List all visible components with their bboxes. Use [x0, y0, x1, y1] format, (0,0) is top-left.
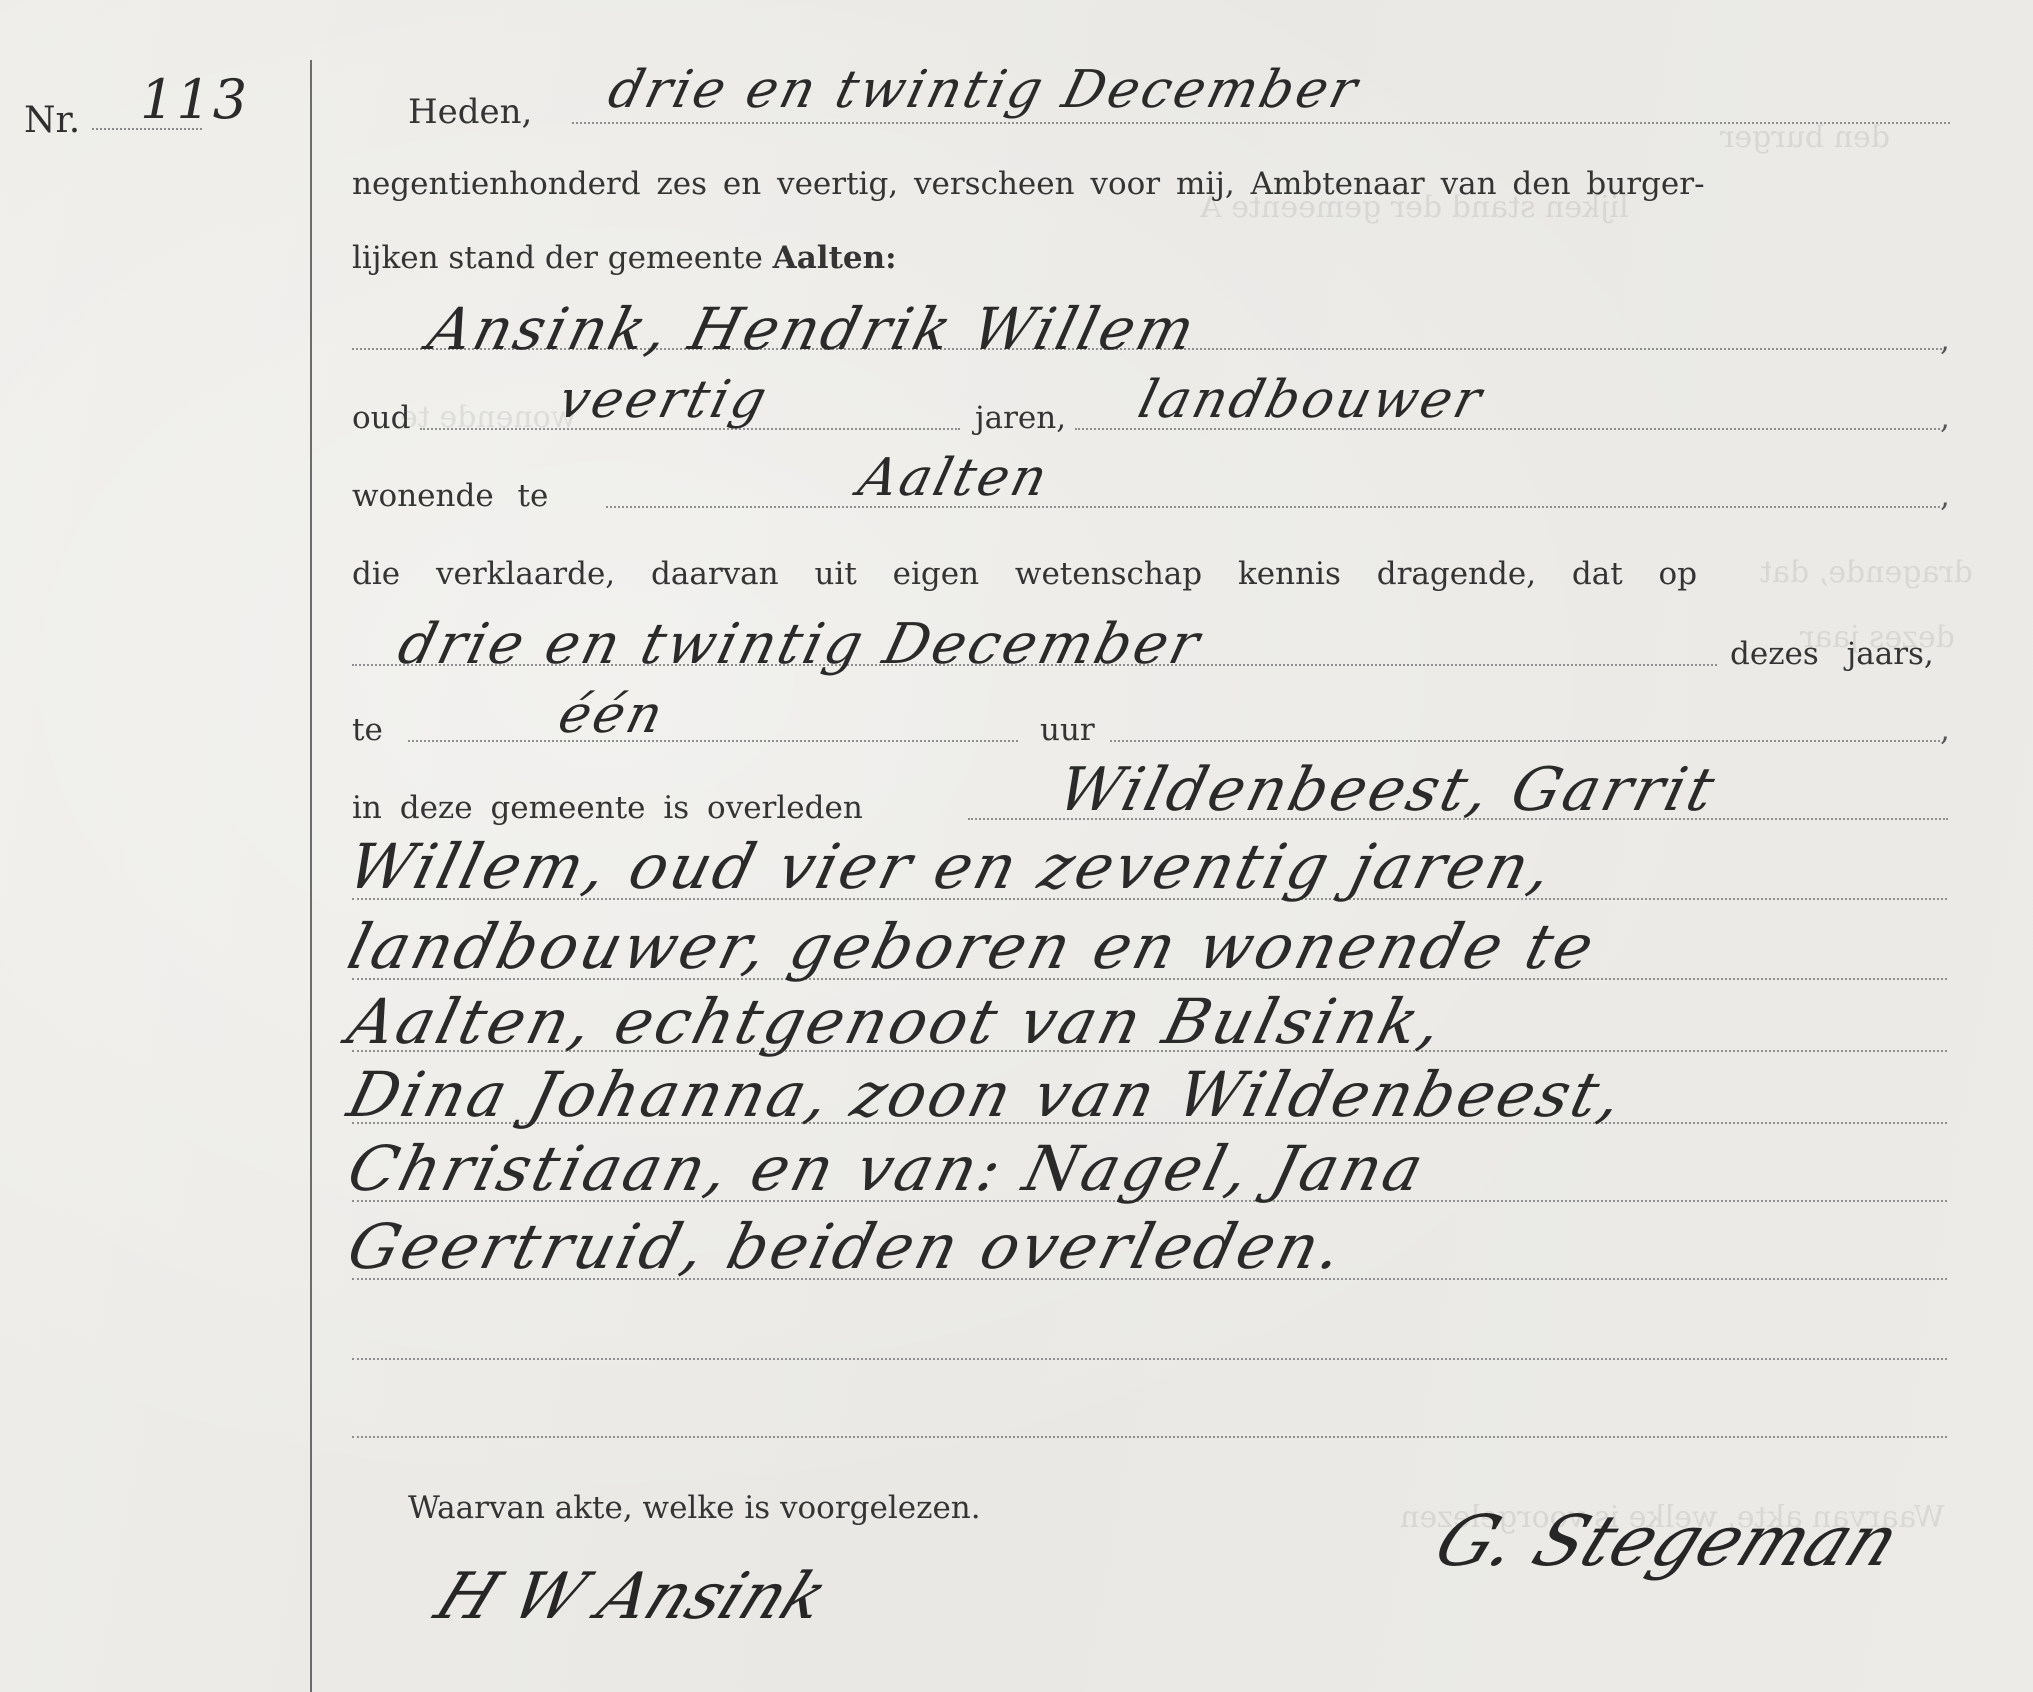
bleed-through-text: den burger	[1720, 120, 1890, 155]
printed-line-2: negentienhonderd zes en veertig, versche…	[352, 166, 1705, 202]
printed-line-3: lijken stand der gemeente Aalten:	[352, 240, 897, 276]
handwritten-declarant-name: Ansink, Hendrik Willem	[422, 295, 1205, 363]
handwritten-death-hour: één	[553, 685, 672, 745]
dotted-rule	[606, 506, 1940, 508]
civil-record-page: den burger lijken stand der gemeente A w…	[0, 0, 2033, 1692]
printed-te: te	[352, 712, 383, 748]
printed-uur: uur	[1040, 712, 1095, 748]
handwritten-body-line: Willem, oud vier en zeventig jaren,	[341, 830, 1562, 903]
dotted-rule	[352, 1436, 1947, 1438]
handwritten-declarant-occupation: landbouwer	[1133, 370, 1491, 430]
record-number-value: 113	[140, 68, 249, 131]
handwritten-death-date: drie en twintig December	[392, 612, 1209, 677]
line-comma: ,	[1940, 478, 1950, 514]
handwritten-declarant-age: veertig	[553, 370, 776, 430]
printed-jaren: jaren,	[975, 400, 1066, 436]
margin-divider	[310, 60, 312, 1692]
handwritten-body-line: Christiaan, en van: Nagel, Jana	[341, 1132, 1433, 1205]
printed-heden: Heden,	[408, 92, 532, 132]
line-comma: ,	[1940, 322, 1950, 358]
dotted-rule	[352, 1358, 1947, 1360]
handwritten-deceased-name: Wildenbeest, Garrit	[1051, 755, 1724, 825]
handwritten-body-line: Dina Johanna, zoon van Wildenbeest,	[341, 1058, 1632, 1131]
handwritten-body-line: landbouwer, geboren en wonende te	[341, 910, 1604, 983]
dotted-rule	[1110, 740, 1940, 742]
municipality-name: Aalten:	[773, 240, 897, 276]
handwritten-body-line: Aalten, echtgenoot van Bulsink,	[341, 985, 1452, 1058]
bleed-through-text: dragende, dat	[1760, 555, 1973, 590]
record-number-label: Nr.	[24, 100, 80, 141]
line-comma: ,	[1940, 400, 1950, 436]
printed-dezes-jaars: dezes jaars,	[1730, 636, 1934, 672]
printed-deceased-intro: in deze gemeente is overleden	[352, 790, 863, 826]
handwritten-body-line: Geertruid, beiden overleden.	[341, 1210, 1353, 1283]
line-comma: ,	[1940, 712, 1950, 748]
signature-official: G. Stegeman	[1423, 1500, 1911, 1582]
handwritten-declarant-residence: Aalten	[853, 448, 1056, 508]
signature-declarant: H W Ansink	[425, 1560, 838, 1634]
dotted-rule	[408, 740, 1018, 742]
dotted-rule	[572, 122, 1950, 124]
printed-declared: die verklaarde, daarvan uit eigen wetens…	[352, 556, 1697, 592]
printed-wonende-te: wonende te	[352, 478, 548, 514]
printed-line-3-prefix: lijken stand der gemeente	[352, 240, 763, 276]
handwritten-registration-date: drie en twintig December	[603, 60, 1366, 120]
printed-oud: oud	[352, 400, 410, 436]
printed-closing: Waarvan akte, welke is voorgelezen.	[408, 1490, 981, 1526]
